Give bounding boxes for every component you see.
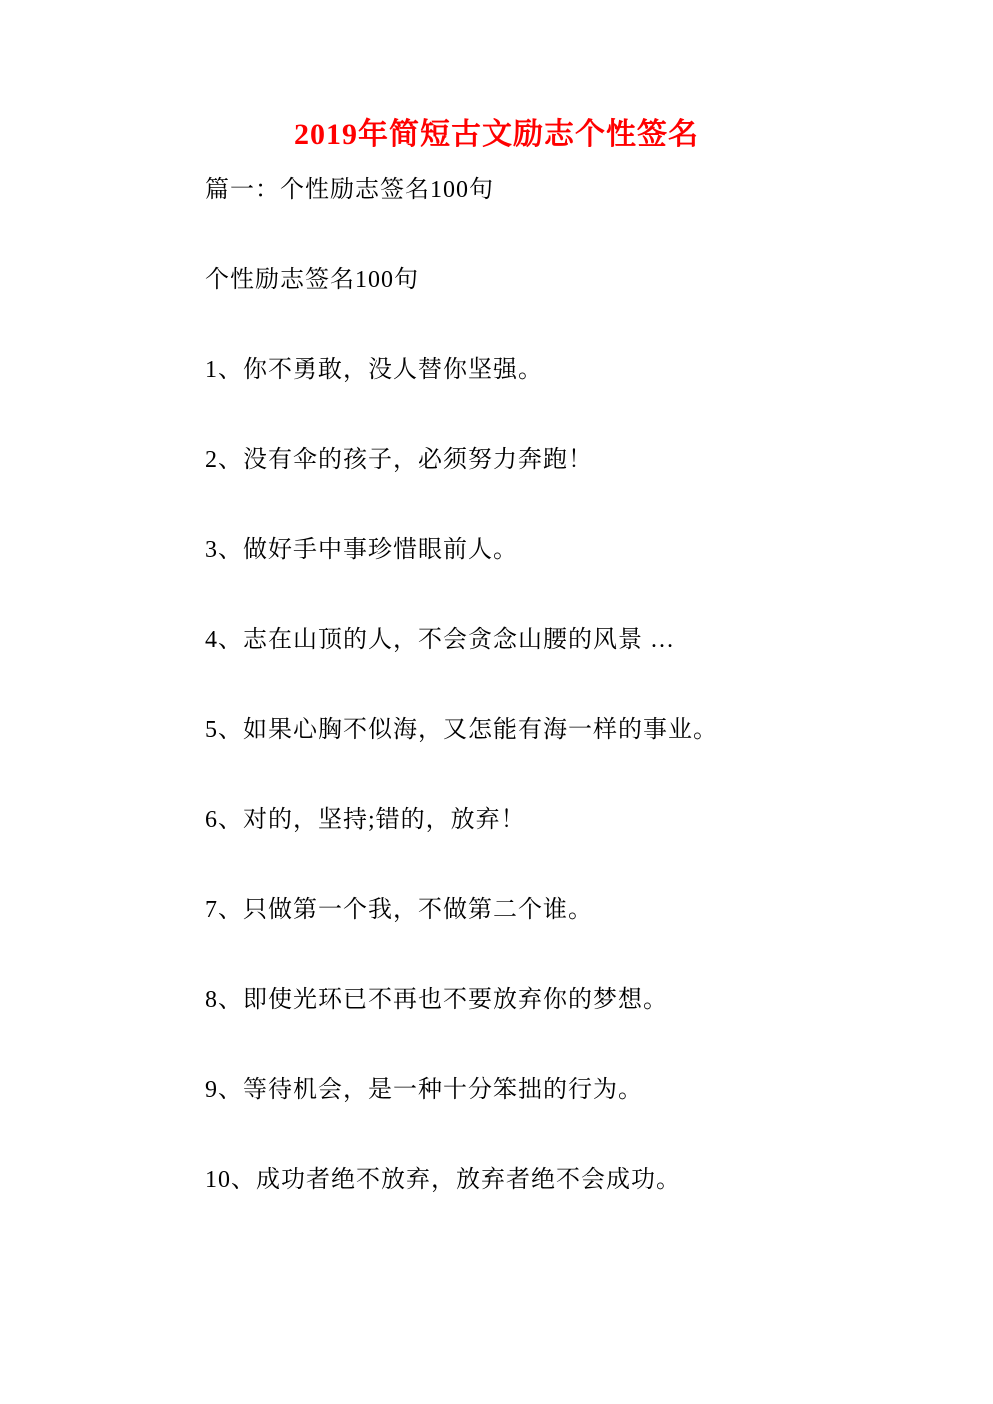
list-item: 5、如果心胸不似海，又怎能有海一样的事业。 bbox=[205, 715, 993, 745]
subheading: 个性励志签名100句 bbox=[205, 265, 993, 295]
document-page: 2019年简短古文励志个性签名 篇一：个性励志签名100句 个性励志签名100句… bbox=[0, 0, 993, 1404]
list-item: 10、成功者绝不放弃，放弃者绝不会成功。 bbox=[205, 1165, 993, 1195]
list-item: 8、即使光环已不再也不要放弃你的梦想。 bbox=[205, 985, 993, 1015]
list-item: 2、没有伞的孩子，必须努力奔跑！ bbox=[205, 445, 993, 475]
list-item: 3、做好手中事珍惜眼前人。 bbox=[205, 535, 993, 565]
section-heading: 篇一：个性励志签名100句 bbox=[205, 175, 993, 205]
list-item: 1、你不勇敢，没人替你坚强。 bbox=[205, 355, 993, 385]
list-item: 6、对的，坚持;错的，放弃！ bbox=[205, 805, 993, 835]
list-item: 4、志在山顶的人，不会贪念山腰的风景 … bbox=[205, 625, 993, 655]
list-item: 7、只做第一个我，不做第二个谁。 bbox=[205, 895, 993, 925]
list-item: 9、等待机会，是一种十分笨拙的行为。 bbox=[205, 1075, 993, 1105]
document-content: 2019年简短古文励志个性签名 篇一：个性励志签名100句 个性励志签名100句… bbox=[0, 0, 993, 1195]
document-title: 2019年简短古文励志个性签名 bbox=[0, 115, 993, 155]
